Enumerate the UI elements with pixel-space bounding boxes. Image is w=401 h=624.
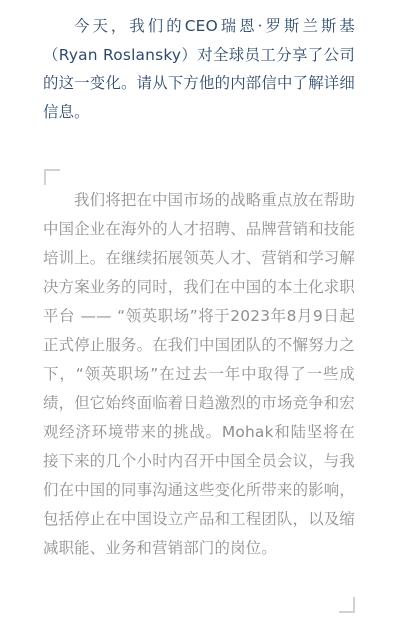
quote-close-corner-icon bbox=[339, 597, 355, 613]
letter-paragraph: 我们将把在中国市场的战略重点放在帮助中国企业在海外的人才招聘、品牌营销和技能培训… bbox=[43, 186, 355, 563]
quote-open-corner-icon bbox=[44, 169, 60, 185]
quoted-letter-block: 我们将把在中国市场的战略重点放在帮助中国企业在海外的人才招聘、品牌营销和技能培训… bbox=[0, 0, 401, 624]
